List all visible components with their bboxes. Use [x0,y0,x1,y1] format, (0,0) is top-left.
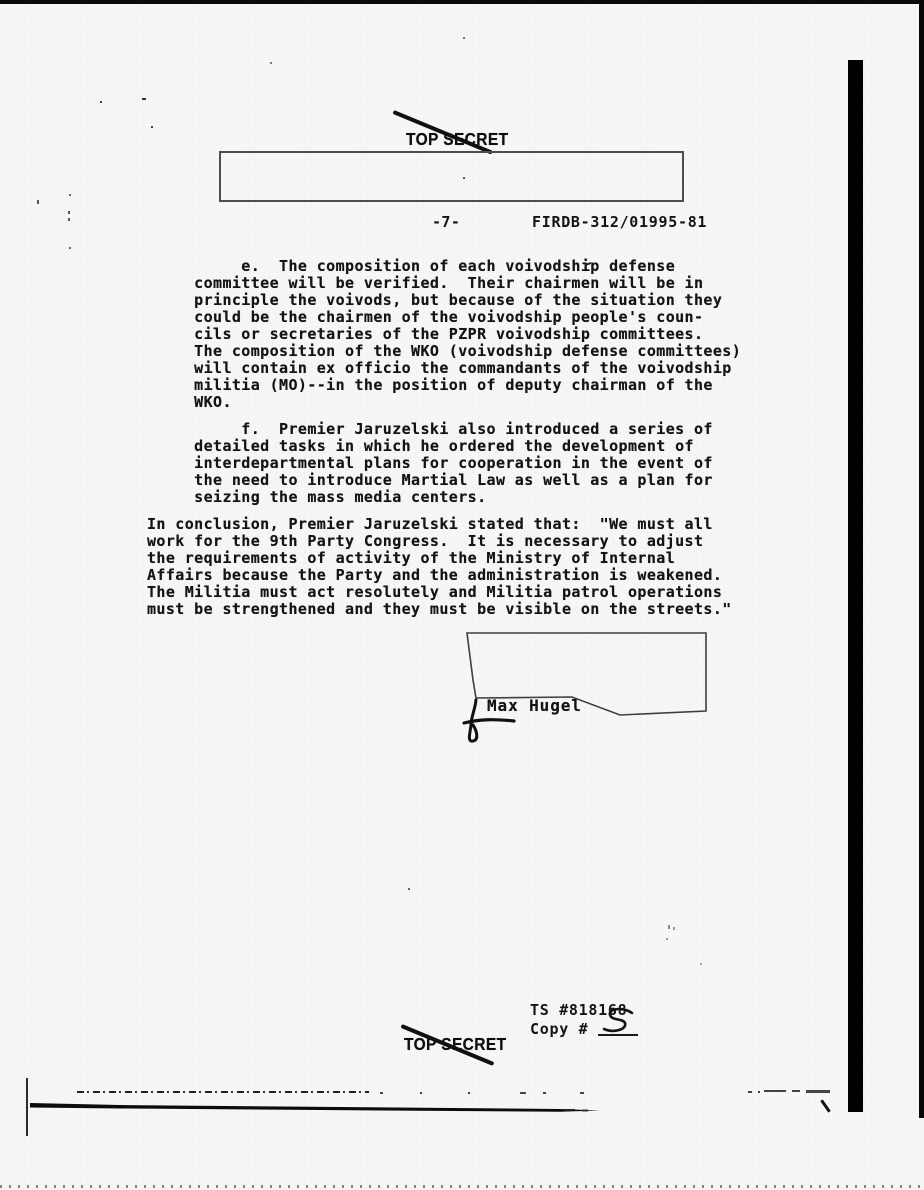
page-number: -7- [432,213,460,231]
redaction-box [219,151,684,202]
document-number: FIRDB-312/01995-81 [532,213,707,231]
signatory-name: Max Hugel [487,696,582,715]
copy-number-underline [598,1034,638,1036]
scan-speck [100,101,102,103]
dashed-rule [77,1091,369,1093]
paragraph-conclusion: In conclusion, Premier Jaruzelski stated… [147,516,732,618]
scan-edge-bottom [0,1185,924,1188]
scanned-document-page: TOP SECRET -7- FIRDB-312/01995-81 e. The… [0,0,924,1190]
scan-edge-right [919,0,924,1118]
paragraph-f: f. Premier Jaruzelski also introduced a … [147,421,713,506]
paragraph-e: e. The composition of each voivodship de… [147,258,741,411]
signature-box-outline [455,625,725,755]
scan-edge-top [0,0,924,4]
header-row: -7- FIRDB-312/01995-81 [0,213,924,233]
solid-rule [0,1096,924,1126]
